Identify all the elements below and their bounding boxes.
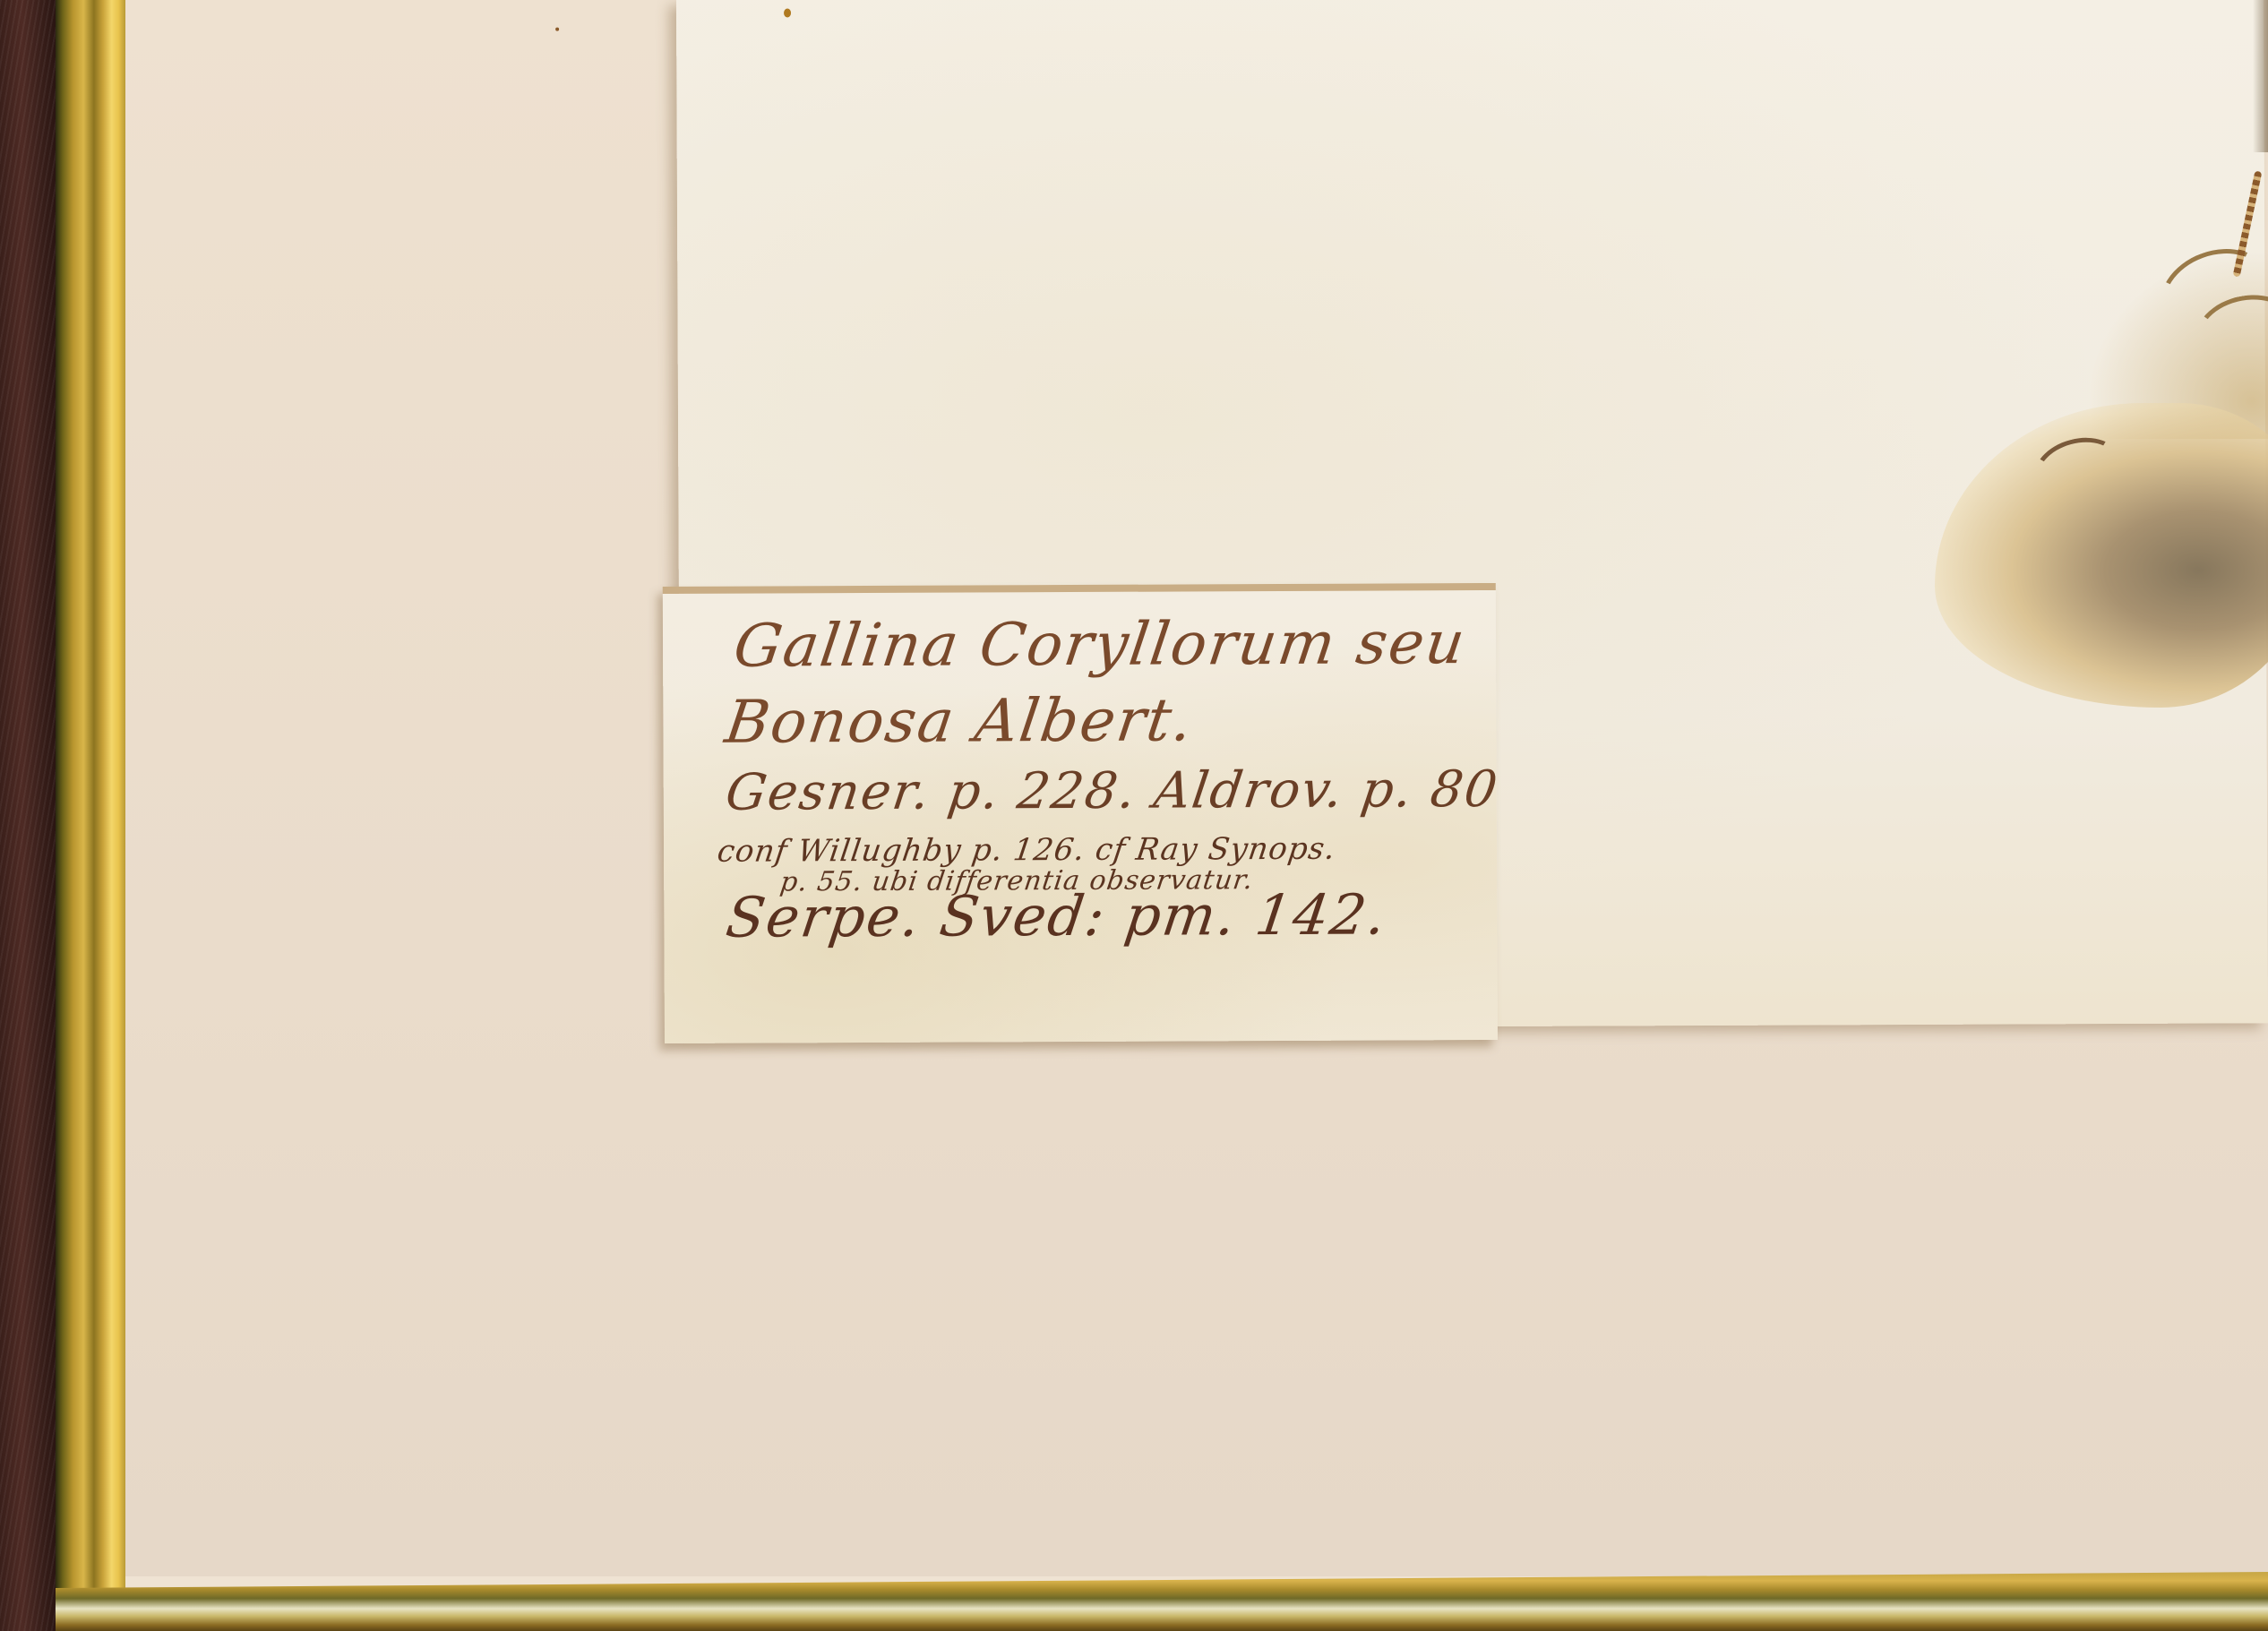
framed-artwork-photo: Gallina Coryllorum seu Bonosa Albert. Ge… xyxy=(0,0,2268,1631)
paper-speck xyxy=(784,8,791,17)
frame-wood-molding xyxy=(0,0,56,1631)
frame-gold-fillet-left xyxy=(56,0,125,1631)
paper-speck xyxy=(555,28,559,31)
handwritten-label: Gallina Coryllorum seu Bonosa Albert. Ge… xyxy=(663,583,1498,1043)
label-line-2: Bonosa Albert. xyxy=(721,685,1198,756)
label-line-1: Gallina Coryllorum seu xyxy=(730,608,1471,681)
bird-edge xyxy=(2253,0,2268,152)
frame-gold-fillet-bottom xyxy=(56,1572,2268,1631)
label-line-6: Serpe. Sved: pm. 142. xyxy=(722,881,1391,949)
label-line-3: Gesner. p. 228. Aldrov. p. 80 xyxy=(722,760,1502,822)
